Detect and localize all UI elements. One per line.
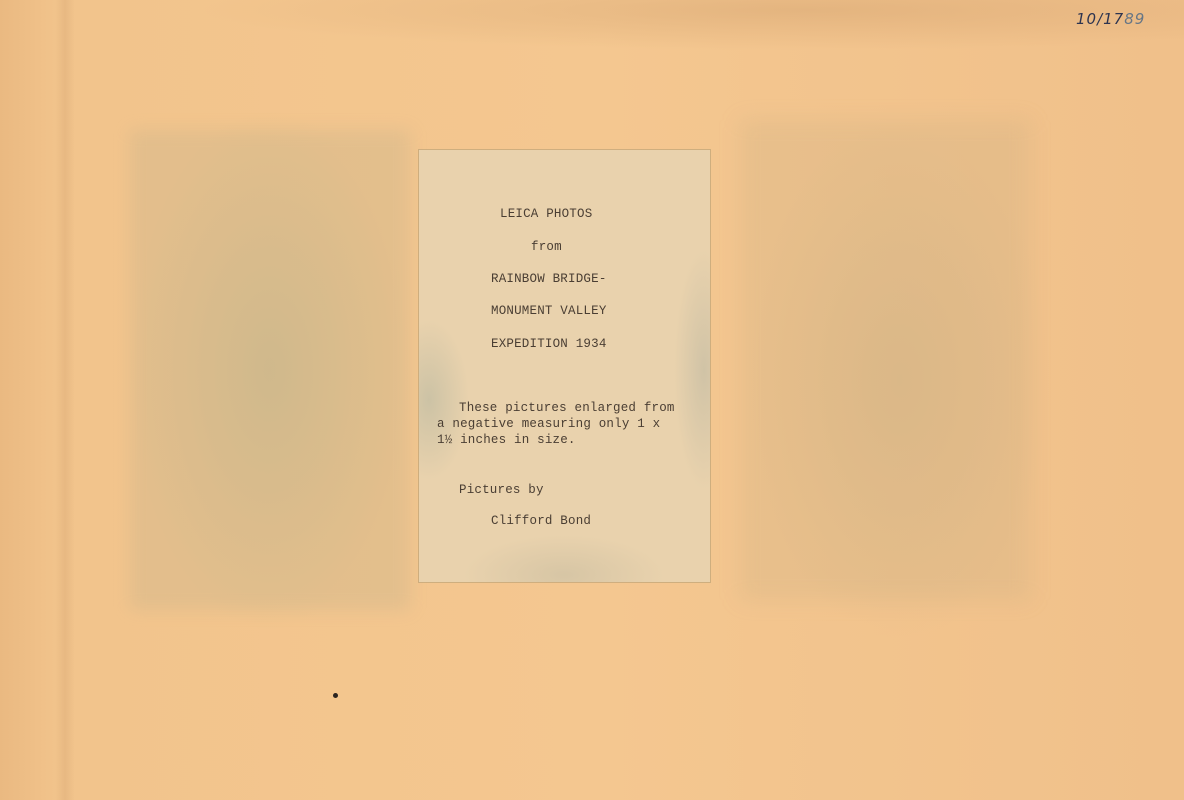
ink-spot — [333, 693, 338, 698]
scanned-page: 10/1789 LEICA PHOTOS from RAINBOW BRIDGE… — [0, 0, 1184, 800]
handwritten-note-text: 10/17 — [1076, 10, 1124, 28]
title-line-4: MONUMENT VALLEY — [491, 304, 607, 318]
title-line-5: EXPEDITION 1934 — [491, 337, 607, 351]
credit-label: Pictures by — [459, 483, 544, 497]
handwritten-note: 10/1789 — [1076, 10, 1145, 28]
body-line-2: a negative measuring only 1 x — [437, 417, 660, 431]
body-line-1: These pictures enlarged from — [459, 401, 675, 415]
title-line-1: LEICA PHOTOS — [500, 207, 592, 221]
photo-ghost-left — [130, 130, 410, 610]
handwritten-note-smudge: 89 — [1124, 10, 1145, 28]
page-fold-shadow — [55, 0, 75, 800]
title-line-2: from — [531, 240, 562, 254]
credit-name: Clifford Bond — [491, 514, 591, 528]
title-line-3: RAINBOW BRIDGE- — [491, 272, 607, 286]
body-line-3: 1½ inches in size. — [437, 433, 576, 447]
photo-ghost-right — [740, 120, 1030, 600]
typed-label-card: LEICA PHOTOS from RAINBOW BRIDGE- MONUME… — [419, 150, 710, 582]
